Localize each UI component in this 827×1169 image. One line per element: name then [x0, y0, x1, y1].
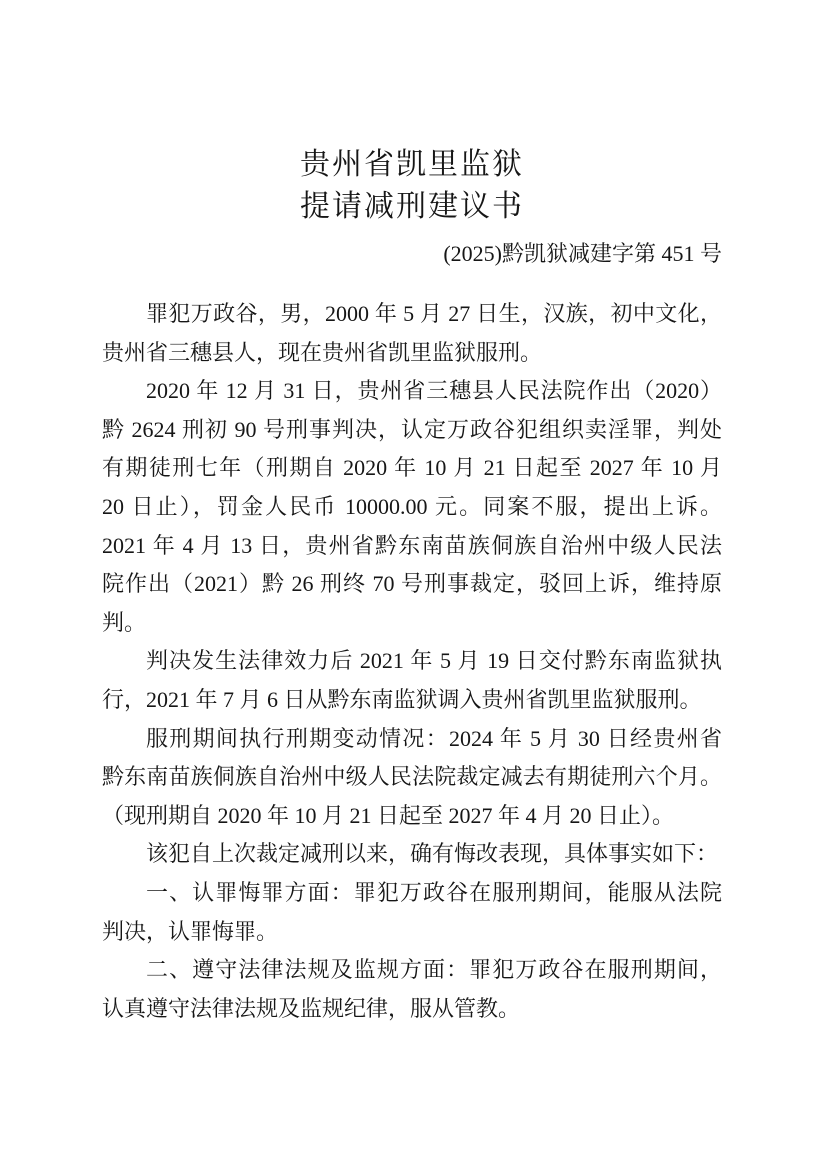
document-number: (2025)黔凯狱减建字第 451 号: [102, 238, 722, 270]
text-line: 该犯自上次裁定减刑以来，确有悔改表现，具体事实如下：: [102, 835, 722, 874]
document-title: 贵州省凯里监狱 提请减刑建议书: [102, 144, 722, 228]
text-line: 判决发生法律效力后 2021 年 5 月 19 日交付黔东南监狱执: [102, 642, 722, 681]
text-line: 有期徒刑七年（刑期自 2020 年 10 月 21 日起至 2027 年 10 …: [102, 449, 722, 488]
text-line: 罪犯万政谷，男，2000 年 5 月 27 日生，汉族，初中文化，: [102, 295, 722, 334]
text-line: 行，2021 年 7 月 6 日从黔东南监狱调入贵州省凯里监狱服刑。: [102, 681, 722, 720]
text-line: （现刑期自 2020 年 10 月 21 日起至 2027 年 4 月 20 日…: [102, 797, 722, 836]
text-line: 20 日止），罚金人民币 10000.00 元。同案不服，提出上诉。: [102, 488, 722, 527]
text-line: 认真遵守法律法规及监规纪律，服从管教。: [102, 990, 722, 1029]
text-line: 院作出（2021）黔 26 刑终 70 号刑事裁定，驳回上诉，维持原: [102, 565, 722, 604]
text-line: 服刑期间执行刑期变动情况：2024 年 5 月 30 日经贵州省: [102, 720, 722, 759]
text-line: 一、认罪悔罪方面：罪犯万政谷在服刑期间，能服从法院: [102, 874, 722, 913]
text-line: 判决，认罪悔罪。: [102, 913, 722, 952]
text-line: 2021 年 4 月 13 日，贵州省黔东南苗族侗族自治州中级人民法: [102, 527, 722, 566]
title-line-organization: 贵州省凯里监狱: [102, 144, 722, 186]
text-line: 黔 2624 刑初 90 号刑事判决，认定万政谷犯组织卖淫罪，判处: [102, 411, 722, 450]
title-line-document-type: 提请减刑建议书: [102, 186, 722, 228]
text-line: 贵州省三穗县人，现在贵州省凯里监狱服刑。: [102, 334, 722, 373]
text-line: 二、遵守法律法规及监规方面：罪犯万政谷在服刑期间，: [102, 951, 722, 990]
text-line: 2020 年 12 月 31 日，贵州省三穗县人民法院作出（2020）: [102, 372, 722, 411]
document-body: 罪犯万政谷，男，2000 年 5 月 27 日生，汉族，初中文化，贵州省三穗县人…: [102, 295, 722, 1028]
document-content: 贵州省凯里监狱 提请减刑建议书 (2025)黔凯狱减建字第 451 号 罪犯万政…: [0, 0, 827, 1028]
text-line: 黔东南苗族侗族自治州中级人民法院裁定减去有期徒刑六个月。: [102, 758, 722, 797]
document-page: 贵州省凯里监狱 提请减刑建议书 (2025)黔凯狱减建字第 451 号 罪犯万政…: [0, 0, 827, 1169]
text-line: 判。: [102, 604, 722, 643]
